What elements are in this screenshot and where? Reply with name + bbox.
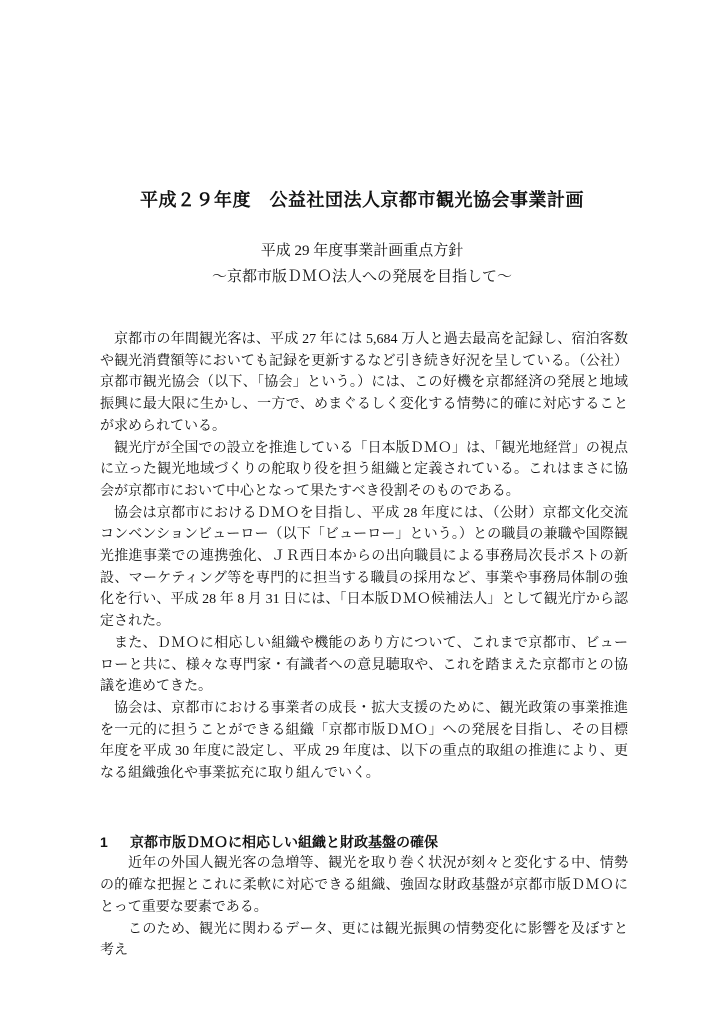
subtitle-line-2: ～京都市版ＤＭＯ法人への発展を目指して～ xyxy=(0,264,724,290)
body-paragraph-2: 観光庁が全国での設立を推進している「日本版ＤＭＯ」は、「観光地経営」の視点に立っ… xyxy=(100,438,628,503)
body-paragraph-3: 協会は京都市におけるＤＭＯを目指し、平成 28 年度には、（公財）京都文化交流コ… xyxy=(100,503,628,633)
document-title: 平成２９年度 公益社団法人京都市観光協会事業計画 xyxy=(0,186,724,212)
subtitle-line-1: 平成 29 年度事業計画重点方針 xyxy=(0,238,724,264)
section-1-title: 京都市版ＤＭＯに相応しい組織と財政基盤の確保 xyxy=(130,834,438,850)
document-subtitle: 平成 29 年度事業計画重点方針 ～京都市版ＤＭＯ法人への発展を目指して～ xyxy=(0,238,724,290)
section-1: 1京都市版ＤＭＯに相応しい組織と財政基盤の確保 近年の外国人観光客の急増等、観光… xyxy=(100,832,628,962)
section-1-paragraph-1: 近年の外国人観光客の急増等、観光を取り巻く状況が刻々と変化する中、情勢の的確な把… xyxy=(100,853,628,918)
body-paragraph-1: 京都市の年間観光客は、平成 27 年には 5,684 万人と過去最高を記録し、宿… xyxy=(100,329,628,438)
document-page: 平成２９年度 公益社団法人京都市観光協会事業計画 平成 29 年度事業計画重点方… xyxy=(0,0,724,1024)
document-body: 京都市の年間観光客は、平成 27 年には 5,684 万人と過去最高を記録し、宿… xyxy=(100,329,628,962)
section-1-number: 1 xyxy=(100,832,130,854)
body-paragraph-5: 協会は、京都市における事業者の成長・拡大支援のために、観光政策の事業推進を一元的… xyxy=(100,698,628,785)
section-1-paragraph-2: このため、観光に関わるデータ、更には観光振興の情勢変化に影響を及ぼすと考え xyxy=(100,919,628,962)
body-paragraph-4: また、ＤＭＯに相応しい組織や機能のあり方について、これまで京都市、ビューローと共… xyxy=(100,633,628,698)
section-1-heading: 1京都市版ＤＭＯに相応しい組織と財政基盤の確保 xyxy=(100,832,628,854)
